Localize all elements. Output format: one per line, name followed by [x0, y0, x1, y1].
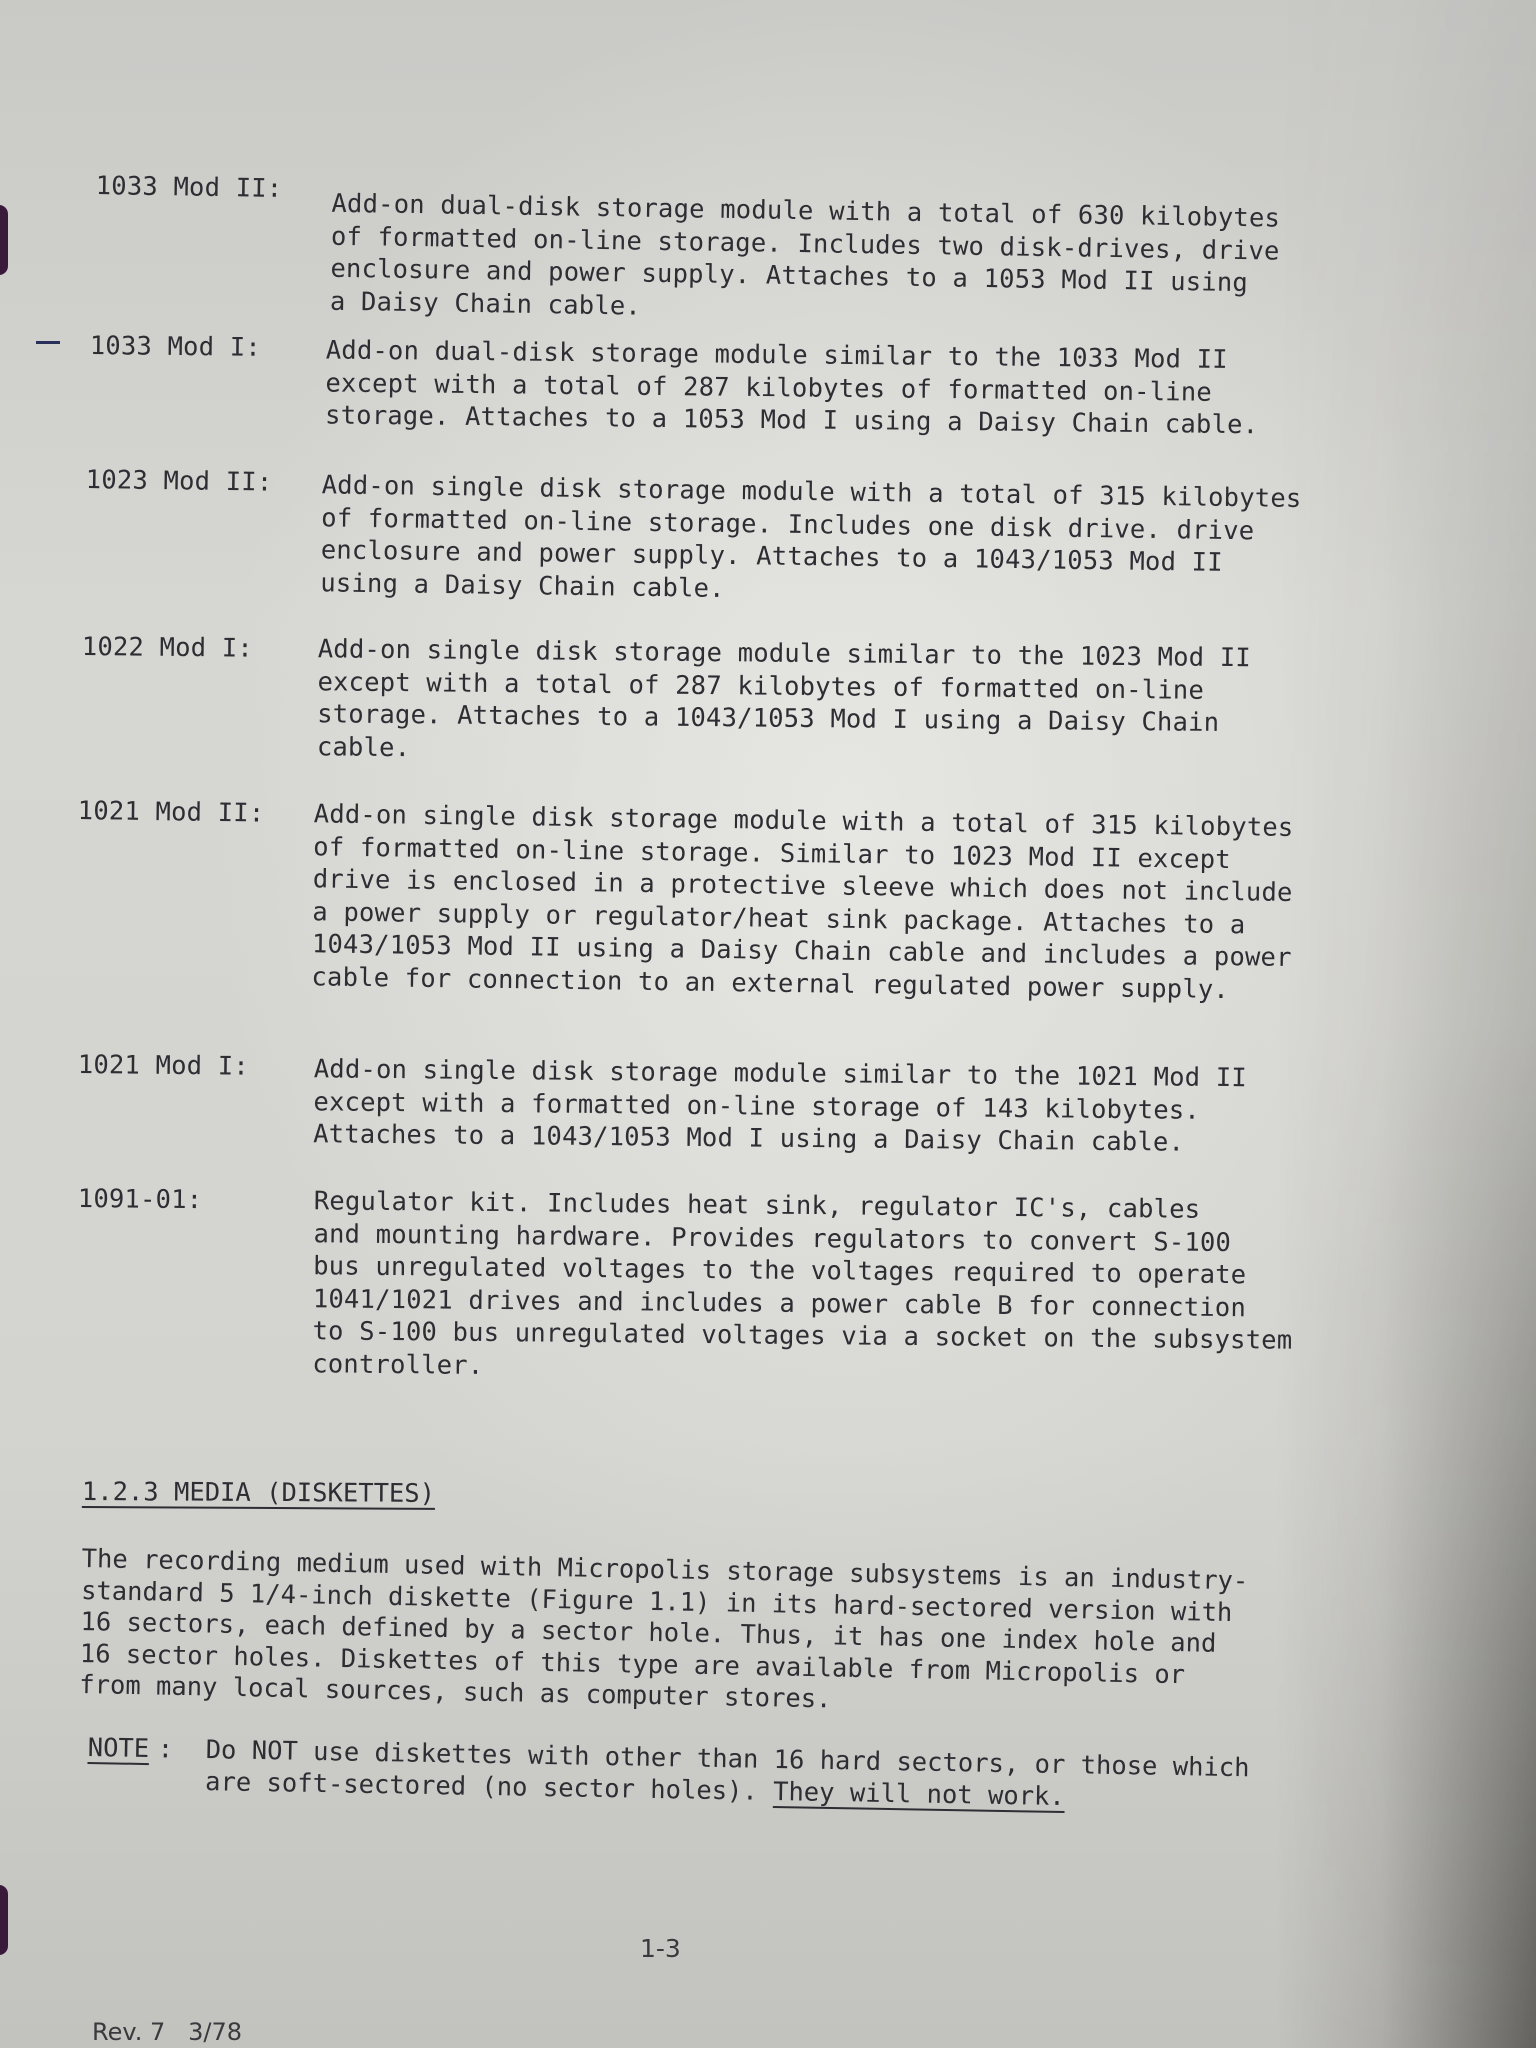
binder-hole	[0, 205, 8, 275]
revision-stamp: Rev. 7 3/78	[92, 2018, 242, 2046]
product-code: 1021 Mod I:	[78, 1049, 249, 1083]
note-label: NOTE	[87, 1733, 149, 1766]
note-emphasis: They will not work.	[773, 1776, 1065, 1811]
product-code: 1023 Mod II:	[86, 464, 273, 499]
binder-hole	[0, 1885, 8, 1955]
page-number: 1-3	[640, 1934, 681, 1963]
product-code: 1033 Mod I:	[90, 330, 261, 364]
note-text: Do NOT use diskettes with other than 16 …	[205, 1735, 1250, 1806]
product-code: 1091-01:	[78, 1183, 203, 1217]
product-description: Add-on single disk storage module simila…	[313, 1053, 1394, 1161]
product-code: 1033 Mod II:	[95, 170, 282, 205]
note-colon: :	[157, 1734, 173, 1766]
product-code: 1022 Mod I:	[82, 631, 253, 665]
product-description: Add-on single disk storage module with a…	[320, 469, 1422, 614]
product-description: Add-on dual-disk storage module similar …	[325, 334, 1406, 443]
product-description: Add-on single disk storage module with a…	[311, 798, 1414, 1008]
product-description: Add-on dual-disk storage module with a t…	[330, 188, 1412, 335]
product-description: Regulator kit. Includes heat sink, regul…	[312, 1185, 1434, 1391]
product-code: 1021 Mod II:	[78, 795, 265, 830]
product-description: Add-on single disk storage module simila…	[317, 633, 1398, 773]
document-page: 1033 Mod II: Add-on dual-disk storage mo…	[0, 0, 1536, 2048]
revision-change-bar	[36, 341, 60, 344]
note-body: Do NOT use diskettes with other than 16 …	[205, 1735, 1366, 1818]
section-paragraph: The recording medium used with Micropoli…	[79, 1544, 1342, 1726]
section-heading: 1.2.3 MEDIA (DISKETTES)	[82, 1476, 435, 1510]
photo-shadow	[1276, 0, 1536, 2048]
